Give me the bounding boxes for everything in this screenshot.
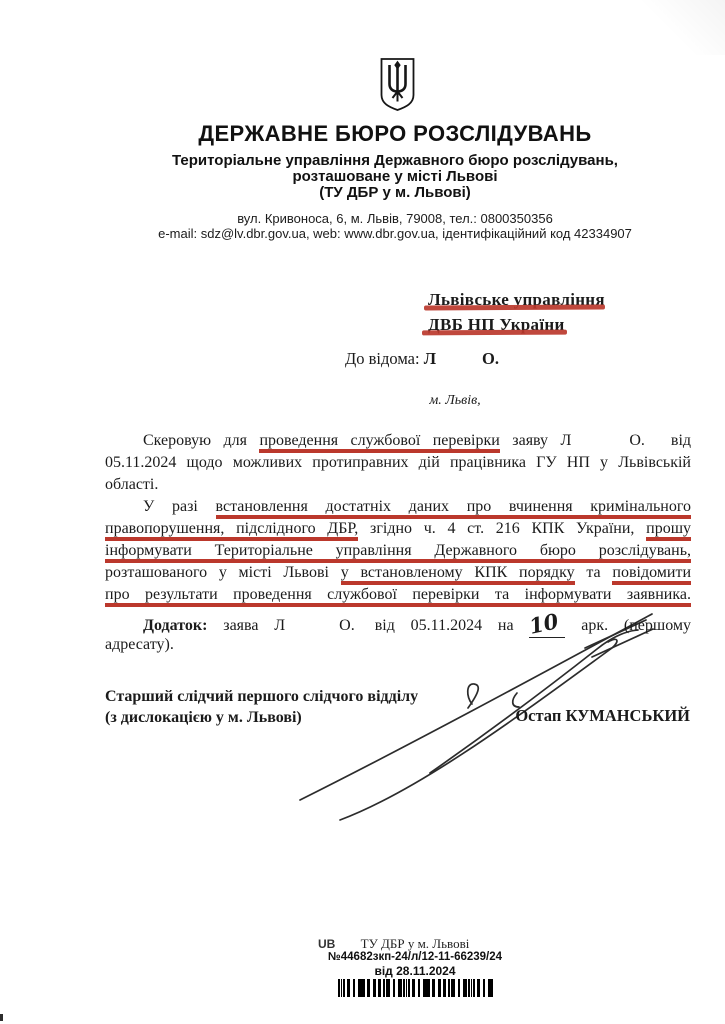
- signer-name: Остап КУМАНСЬКИЙ: [500, 706, 690, 726]
- org-name: ДЕРЖАВНЕ БЮРО РОЗСЛІДУВАНЬ: [60, 121, 725, 147]
- red-underlined-text: прошу: [646, 520, 691, 541]
- red-underlined-text: проведення службової перевірки: [259, 432, 499, 453]
- org-subtitle-line1: Територіальне управління Державного бюро…: [60, 153, 725, 169]
- attachment-line: адресату).: [105, 634, 691, 656]
- body-line: розташованого у місті Львові у встановле…: [105, 562, 691, 584]
- body-text: У разі: [143, 498, 198, 515]
- signer-position-line2: (з дислокацією у м. Львові): [105, 707, 418, 728]
- attachment-label: Додаток:: [143, 617, 207, 634]
- body-line: Скеровую для проведення службової переві…: [105, 430, 691, 452]
- barcode: [338, 979, 493, 997]
- red-underlined-text: повідомити: [612, 564, 691, 585]
- scan-artifact: [0, 1014, 3, 1021]
- ukraine-trident-emblem: [377, 56, 418, 112]
- stamp-date: від 28.11.2024: [280, 964, 550, 978]
- body-text: розташованого у місті Львові: [105, 564, 329, 581]
- attachment-text: від 05.11.2024 на: [375, 617, 514, 634]
- red-underline: [422, 330, 567, 336]
- red-underlined-text: у встановленому КПК порядку: [341, 564, 575, 585]
- body-line: правопорушення, підслідного ДБР, згідно …: [105, 518, 691, 540]
- scan-artifact: [635, 0, 725, 55]
- attachment-text: адресату).: [105, 636, 174, 653]
- body-line: про результати проведення службової пере…: [105, 584, 691, 606]
- attachment-text: заява Л: [223, 617, 285, 634]
- place-line: м. Львів,: [330, 393, 580, 409]
- red-underlined-text: встановлення достатніх даних про вчиненн…: [216, 498, 691, 519]
- attention-line: До відома: ЛО.: [345, 349, 499, 369]
- body-line: У разі встановлення достатніх даних про …: [105, 496, 691, 518]
- signoff-block: Старший слідчий першого слідчого відділу…: [105, 686, 418, 728]
- org-contact-line: e-mail: sdz@lv.dbr.gov.ua, web: www.dbr.…: [60, 226, 725, 241]
- body-text: від: [671, 432, 691, 449]
- stamp-org-name: ТУ ДБР у м. Львові: [300, 936, 530, 952]
- red-underlined-text: інформувати Територіальне управління Дер…: [105, 542, 691, 563]
- attachment-text: арк. (першому: [581, 617, 691, 634]
- body-text: області.: [105, 476, 158, 493]
- org-subtitle-line2: розташоване у місті Львові: [60, 169, 725, 185]
- attention-name-initial: О.: [482, 349, 499, 368]
- body-line: області.: [105, 474, 691, 496]
- signer-position-line1: Старший слідчий першого слідчого відділу: [105, 686, 418, 707]
- attachment-line: Додаток: заява ЛО.від 05.11.2024 на 10 а…: [105, 612, 691, 634]
- org-address-line: вул. Кривоноса, 6, м. Львів, 79008, тел.…: [60, 211, 725, 226]
- stamp-registration-number: №44682зкп-24/л/12-11-66239/24: [280, 951, 550, 963]
- body-text: Скеровую для: [143, 432, 247, 449]
- body-text: згідно ч. 4 ст. 216 КПК України,: [370, 520, 634, 537]
- attention-label: До відома:: [345, 349, 420, 368]
- org-contacts: вул. Кривоноса, 6, м. Львів, 79008, тел.…: [60, 211, 725, 241]
- org-subtitle: Територіальне управління Державного бюро…: [60, 153, 725, 201]
- body-text: 05.11.2024 щодо можливих протиправних ді…: [105, 454, 691, 471]
- attention-surname-initial: Л: [424, 349, 436, 368]
- body-line: інформувати Територіальне управління Дер…: [105, 540, 691, 562]
- red-underlined-text: правопорушення, підслідного ДБР,: [105, 520, 358, 541]
- body-text: заяву Л: [512, 432, 571, 449]
- body-line: 05.11.2024 щодо можливих протиправних ді…: [105, 452, 691, 474]
- body-text: та: [586, 564, 600, 581]
- scanned-letter-page: ДЕРЖАВНЕ БЮРО РОЗСЛІДУВАНЬ Територіальне…: [0, 0, 725, 1024]
- redacted-initial: О.: [339, 617, 355, 634]
- org-subtitle-line3: (ТУ ДБР у м. Львові): [60, 185, 725, 201]
- red-underlined-text: про результати проведення службової пере…: [105, 586, 691, 607]
- redacted-initial: О.: [629, 432, 645, 449]
